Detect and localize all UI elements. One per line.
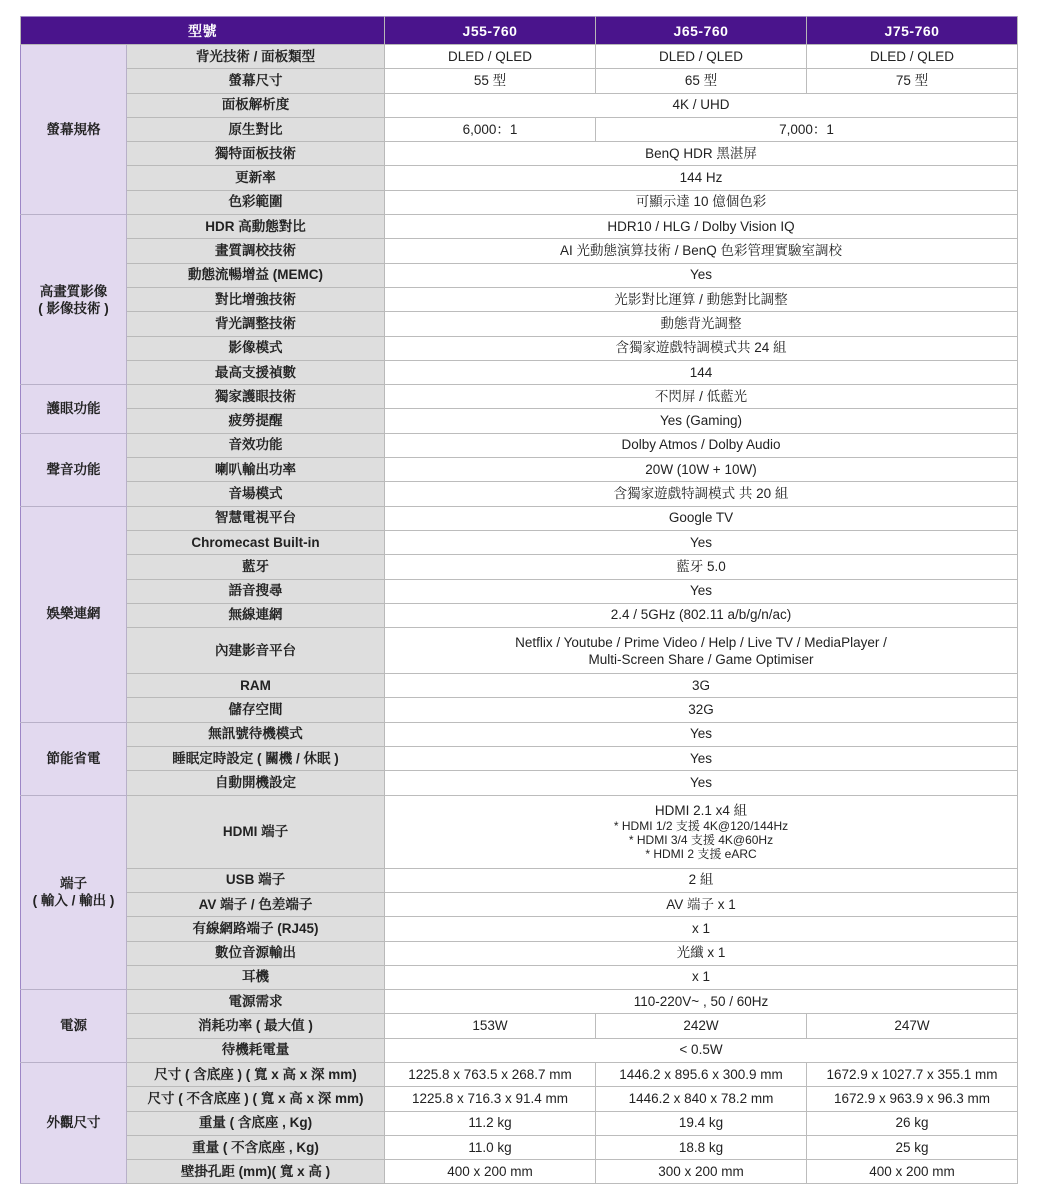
- row-label: 自動開機設定: [127, 771, 385, 795]
- cell-value: AV 端子 x 1: [385, 892, 1018, 916]
- table-row: 對比增強技術 光影對比運算 / 動態對比調整: [21, 287, 1018, 311]
- cell-value: 7,000：1: [596, 117, 1018, 141]
- row-label: 藍牙: [127, 555, 385, 579]
- cell-value: 1672.9 x 963.9 x 96.3 mm: [807, 1087, 1018, 1111]
- table-row: 內建影音平台 Netflix / Youtube / Prime Video /…: [21, 628, 1018, 674]
- table-row: 有線網路端子 (RJ45) x 1: [21, 917, 1018, 941]
- cell-value: Yes: [385, 530, 1018, 554]
- table-row: 壁掛孔距 (mm)( 寬 x 高 ) 400 x 200 mm 300 x 20…: [21, 1160, 1018, 1184]
- row-label: 背光技術 / 面板類型: [127, 45, 385, 69]
- table-row: AV 端子 / 色差端子 AV 端子 x 1: [21, 892, 1018, 916]
- cell-value: 65 型: [596, 69, 807, 93]
- row-label: 無線連網: [127, 603, 385, 627]
- cell-value: Yes (Gaming): [385, 409, 1018, 433]
- cell-value: Yes: [385, 722, 1018, 746]
- table-row: 背光調整技術 動態背光調整: [21, 312, 1018, 336]
- table-row: 護眼功能 獨家護眼技術 不閃屏 / 低藍光: [21, 385, 1018, 409]
- table-row: 音場模式 含獨家遊戲特調模式 共 20 組: [21, 482, 1018, 506]
- row-label: 睡眠定時設定 ( 關機 / 休眠 ): [127, 747, 385, 771]
- value-line: Netflix / Youtube / Prime Video / Help /…: [389, 634, 1013, 651]
- cell-value: 25 kg: [807, 1135, 1018, 1159]
- table-row: 節能省電 無訊號待機模式 Yes: [21, 722, 1018, 746]
- table-row: 影像模式 含獨家遊戲特調模式共 24 組: [21, 336, 1018, 360]
- category-audio: 聲音功能: [21, 433, 127, 506]
- table-row: 獨特面板技術 BenQ HDR 黑湛屏: [21, 142, 1018, 166]
- value-line: Multi-Screen Share / Game Optimiser: [389, 651, 1013, 668]
- spec-table: 型號 J55-760 J65-760 J75-760 螢幕規格 背光技術 / 面…: [20, 16, 1018, 1184]
- row-label: 有線網路端子 (RJ45): [127, 917, 385, 941]
- cell-value: 300 x 200 mm: [596, 1160, 807, 1184]
- category-eyecare: 護眼功能: [21, 385, 127, 434]
- cell-value: Yes: [385, 579, 1018, 603]
- cell-value: 含獨家遊戲特調模式共 24 組: [385, 336, 1018, 360]
- cell-value: 400 x 200 mm: [807, 1160, 1018, 1184]
- row-label: 音場模式: [127, 482, 385, 506]
- cell-value: Google TV: [385, 506, 1018, 530]
- row-label: 智慧電視平台: [127, 506, 385, 530]
- table-row: 娛樂連網 智慧電視平台 Google TV: [21, 506, 1018, 530]
- row-label: 最高支援禎數: [127, 360, 385, 384]
- cell-value: 11.2 kg: [385, 1111, 596, 1135]
- table-row: 螢幕規格 背光技術 / 面板類型 DLED / QLED DLED / QLED…: [21, 45, 1018, 69]
- row-label: 面板解析度: [127, 93, 385, 117]
- row-label: 疲勞提醒: [127, 409, 385, 433]
- row-label: Chromecast Built-in: [127, 530, 385, 554]
- row-label: 色彩範圍: [127, 190, 385, 214]
- table-row: 最高支援禎數 144: [21, 360, 1018, 384]
- cell-value: Yes: [385, 263, 1018, 287]
- table-row: 外觀尺寸 尺寸 ( 含底座 ) ( 寬 x 高 x 深 mm) 1225.8 x…: [21, 1062, 1018, 1086]
- cell-value: Netflix / Youtube / Prime Video / Help /…: [385, 628, 1018, 674]
- row-label: 對比增強技術: [127, 287, 385, 311]
- category-image: 高畫質影像 ( 影像技術 ): [21, 215, 127, 385]
- header-row: 型號 J55-760 J65-760 J75-760: [21, 17, 1018, 45]
- cell-value: 1225.8 x 716.3 x 91.4 mm: [385, 1087, 596, 1111]
- cell-value: 1672.9 x 1027.7 x 355.1 mm: [807, 1062, 1018, 1086]
- cell-value: 26 kg: [807, 1111, 1018, 1135]
- cell-value: 不閃屏 / 低藍光: [385, 385, 1018, 409]
- table-row: 藍牙 藍牙 5.0: [21, 555, 1018, 579]
- category-ports: 端子 ( 輸入 / 輸出 ): [21, 795, 127, 989]
- table-row: 畫質調校技術 AI 光動態演算技術 / BenQ 色彩管理實驗室調校: [21, 239, 1018, 263]
- cell-value: 動態背光調整: [385, 312, 1018, 336]
- row-label: 無訊號待機模式: [127, 722, 385, 746]
- row-label: 待機耗電量: [127, 1038, 385, 1062]
- cell-value: 32G: [385, 698, 1018, 722]
- cell-value: 247W: [807, 1014, 1018, 1038]
- table-row: 喇叭輸出功率 20W (10W + 10W): [21, 458, 1018, 482]
- table-row: 待機耗電量 < 0.5W: [21, 1038, 1018, 1062]
- table-row: 色彩範圍 可顯示達 10 億個色彩: [21, 190, 1018, 214]
- table-row: 動態流暢增益 (MEMC) Yes: [21, 263, 1018, 287]
- cell-value: 11.0 kg: [385, 1135, 596, 1159]
- row-label: RAM: [127, 674, 385, 698]
- table-row: 睡眠定時設定 ( 關機 / 休眠 ) Yes: [21, 747, 1018, 771]
- cell-value: 18.8 kg: [596, 1135, 807, 1159]
- cell-value: 19.4 kg: [596, 1111, 807, 1135]
- row-label: 內建影音平台: [127, 628, 385, 674]
- category-line: ( 影像技術 ): [25, 300, 122, 317]
- category-line: ( 輸入 / 輸出 ): [25, 892, 122, 909]
- cell-value: 藍牙 5.0: [385, 555, 1018, 579]
- table-row: 儲存空間 32G: [21, 698, 1018, 722]
- cell-value: 153W: [385, 1014, 596, 1038]
- row-label: 更新率: [127, 166, 385, 190]
- table-row: RAM 3G: [21, 674, 1018, 698]
- table-row: 重量 ( 含底座 , Kg) 11.2 kg 19.4 kg 26 kg: [21, 1111, 1018, 1135]
- table-row: 螢幕尺寸 55 型 65 型 75 型: [21, 69, 1018, 93]
- cell-value: 400 x 200 mm: [385, 1160, 596, 1184]
- row-label: HDR 高動態對比: [127, 215, 385, 239]
- row-label: 喇叭輸出功率: [127, 458, 385, 482]
- category-line: 高畫質影像: [25, 283, 122, 300]
- table-row: 端子 ( 輸入 / 輸出 ) HDMI 端子 HDMI 2.1 x4 組 * H…: [21, 795, 1018, 868]
- row-label: 獨特面板技術: [127, 142, 385, 166]
- cell-value: HDMI 2.1 x4 組 * HDMI 1/2 支援 4K@120/144Hz…: [385, 795, 1018, 868]
- spec-table-container: 型號 J55-760 J65-760 J75-760 螢幕規格 背光技術 / 面…: [20, 16, 1017, 1184]
- row-label: 尺寸 ( 不含底座 ) ( 寬 x 高 x 深 mm): [127, 1087, 385, 1111]
- row-label: 音效功能: [127, 433, 385, 457]
- cell-value: 20W (10W + 10W): [385, 458, 1018, 482]
- cell-value: DLED / QLED: [807, 45, 1018, 69]
- cell-value: Yes: [385, 771, 1018, 795]
- row-label: 原生對比: [127, 117, 385, 141]
- cell-value: 1225.8 x 763.5 x 268.7 mm: [385, 1062, 596, 1086]
- row-label: 重量 ( 不含底座 , Kg): [127, 1135, 385, 1159]
- category-power: 電源: [21, 990, 127, 1063]
- table-row: 面板解析度 4K / UHD: [21, 93, 1018, 117]
- table-row: Chromecast Built-in Yes: [21, 530, 1018, 554]
- table-row: 高畫質影像 ( 影像技術 ) HDR 高動態對比 HDR10 / HLG / D…: [21, 215, 1018, 239]
- cell-value: < 0.5W: [385, 1038, 1018, 1062]
- cell-value: 可顯示達 10 億個色彩: [385, 190, 1018, 214]
- row-label: 耳機: [127, 965, 385, 989]
- cell-value: 144: [385, 360, 1018, 384]
- model-j65: J65-760: [596, 17, 807, 45]
- category-display: 螢幕規格: [21, 45, 127, 215]
- row-label: AV 端子 / 色差端子: [127, 892, 385, 916]
- table-row: 重量 ( 不含底座 , Kg) 11.0 kg 18.8 kg 25 kg: [21, 1135, 1018, 1159]
- table-row: 疲勞提醒 Yes (Gaming): [21, 409, 1018, 433]
- cell-value: HDR10 / HLG / Dolby Vision IQ: [385, 215, 1018, 239]
- row-label: 尺寸 ( 含底座 ) ( 寬 x 高 x 深 mm): [127, 1062, 385, 1086]
- value-main: HDMI 2.1 x4 組: [389, 802, 1013, 819]
- row-label: 螢幕尺寸: [127, 69, 385, 93]
- row-label: 動態流暢增益 (MEMC): [127, 263, 385, 287]
- cell-value: 1446.2 x 840 x 78.2 mm: [596, 1087, 807, 1111]
- table-row: 無線連網 2.4 / 5GHz (802.11 a/b/g/n/ac): [21, 603, 1018, 627]
- cell-value: 110-220V~ , 50 / 60Hz: [385, 990, 1018, 1014]
- cell-value: 242W: [596, 1014, 807, 1038]
- cell-value: 75 型: [807, 69, 1018, 93]
- table-row: 語音搜尋 Yes: [21, 579, 1018, 603]
- table-row: 自動開機設定 Yes: [21, 771, 1018, 795]
- cell-value: 1446.2 x 895.6 x 300.9 mm: [596, 1062, 807, 1086]
- row-label: 語音搜尋: [127, 579, 385, 603]
- category-entertainment: 娛樂連網: [21, 506, 127, 722]
- cell-value: 含獨家遊戲特調模式 共 20 組: [385, 482, 1018, 506]
- category-dimensions: 外觀尺寸: [21, 1062, 127, 1183]
- cell-value: 光影對比運算 / 動態對比調整: [385, 287, 1018, 311]
- cell-value: Yes: [385, 747, 1018, 771]
- cell-value: 55 型: [385, 69, 596, 93]
- row-label: 重量 ( 含底座 , Kg): [127, 1111, 385, 1135]
- row-label: 畫質調校技術: [127, 239, 385, 263]
- table-row: 尺寸 ( 不含底座 ) ( 寬 x 高 x 深 mm) 1225.8 x 716…: [21, 1087, 1018, 1111]
- model-j75: J75-760: [807, 17, 1018, 45]
- cell-value: 144 Hz: [385, 166, 1018, 190]
- row-label: 背光調整技術: [127, 312, 385, 336]
- table-row: USB 端子 2 組: [21, 868, 1018, 892]
- cell-value: 2 組: [385, 868, 1018, 892]
- cell-value: x 1: [385, 965, 1018, 989]
- cell-value: x 1: [385, 917, 1018, 941]
- cell-value: AI 光動態演算技術 / BenQ 色彩管理實驗室調校: [385, 239, 1018, 263]
- table-row: 電源 電源需求 110-220V~ , 50 / 60Hz: [21, 990, 1018, 1014]
- row-label: USB 端子: [127, 868, 385, 892]
- row-label: 電源需求: [127, 990, 385, 1014]
- cell-value: 4K / UHD: [385, 93, 1018, 117]
- table-row: 原生對比 6,000：1 7,000：1: [21, 117, 1018, 141]
- model-header: 型號: [21, 17, 385, 45]
- cell-value: DLED / QLED: [596, 45, 807, 69]
- row-label: HDMI 端子: [127, 795, 385, 868]
- cell-value: Dolby Atmos / Dolby Audio: [385, 433, 1018, 457]
- row-label: 壁掛孔距 (mm)( 寬 x 高 ): [127, 1160, 385, 1184]
- cell-value: 光纖 x 1: [385, 941, 1018, 965]
- row-label: 獨家護眼技術: [127, 385, 385, 409]
- table-row: 聲音功能 音效功能 Dolby Atmos / Dolby Audio: [21, 433, 1018, 457]
- cell-value: 6,000：1: [385, 117, 596, 141]
- model-j55: J55-760: [385, 17, 596, 45]
- table-row: 更新率 144 Hz: [21, 166, 1018, 190]
- row-label: 儲存空間: [127, 698, 385, 722]
- value-note: * HDMI 3/4 支援 4K@60Hz: [389, 833, 1013, 847]
- cell-value: 3G: [385, 674, 1018, 698]
- cell-value: 2.4 / 5GHz (802.11 a/b/g/n/ac): [385, 603, 1018, 627]
- table-row: 耳機 x 1: [21, 965, 1018, 989]
- category-line: 端子: [25, 875, 122, 892]
- value-note: * HDMI 2 支援 eARC: [389, 847, 1013, 861]
- cell-value: BenQ HDR 黑湛屏: [385, 142, 1018, 166]
- row-label: 影像模式: [127, 336, 385, 360]
- table-row: 消耗功率 ( 最大值 ) 153W 242W 247W: [21, 1014, 1018, 1038]
- row-label: 數位音源輸出: [127, 941, 385, 965]
- value-note: * HDMI 1/2 支援 4K@120/144Hz: [389, 819, 1013, 833]
- table-row: 數位音源輸出 光纖 x 1: [21, 941, 1018, 965]
- row-label: 消耗功率 ( 最大值 ): [127, 1014, 385, 1038]
- cell-value: DLED / QLED: [385, 45, 596, 69]
- category-power-saving: 節能省電: [21, 722, 127, 795]
